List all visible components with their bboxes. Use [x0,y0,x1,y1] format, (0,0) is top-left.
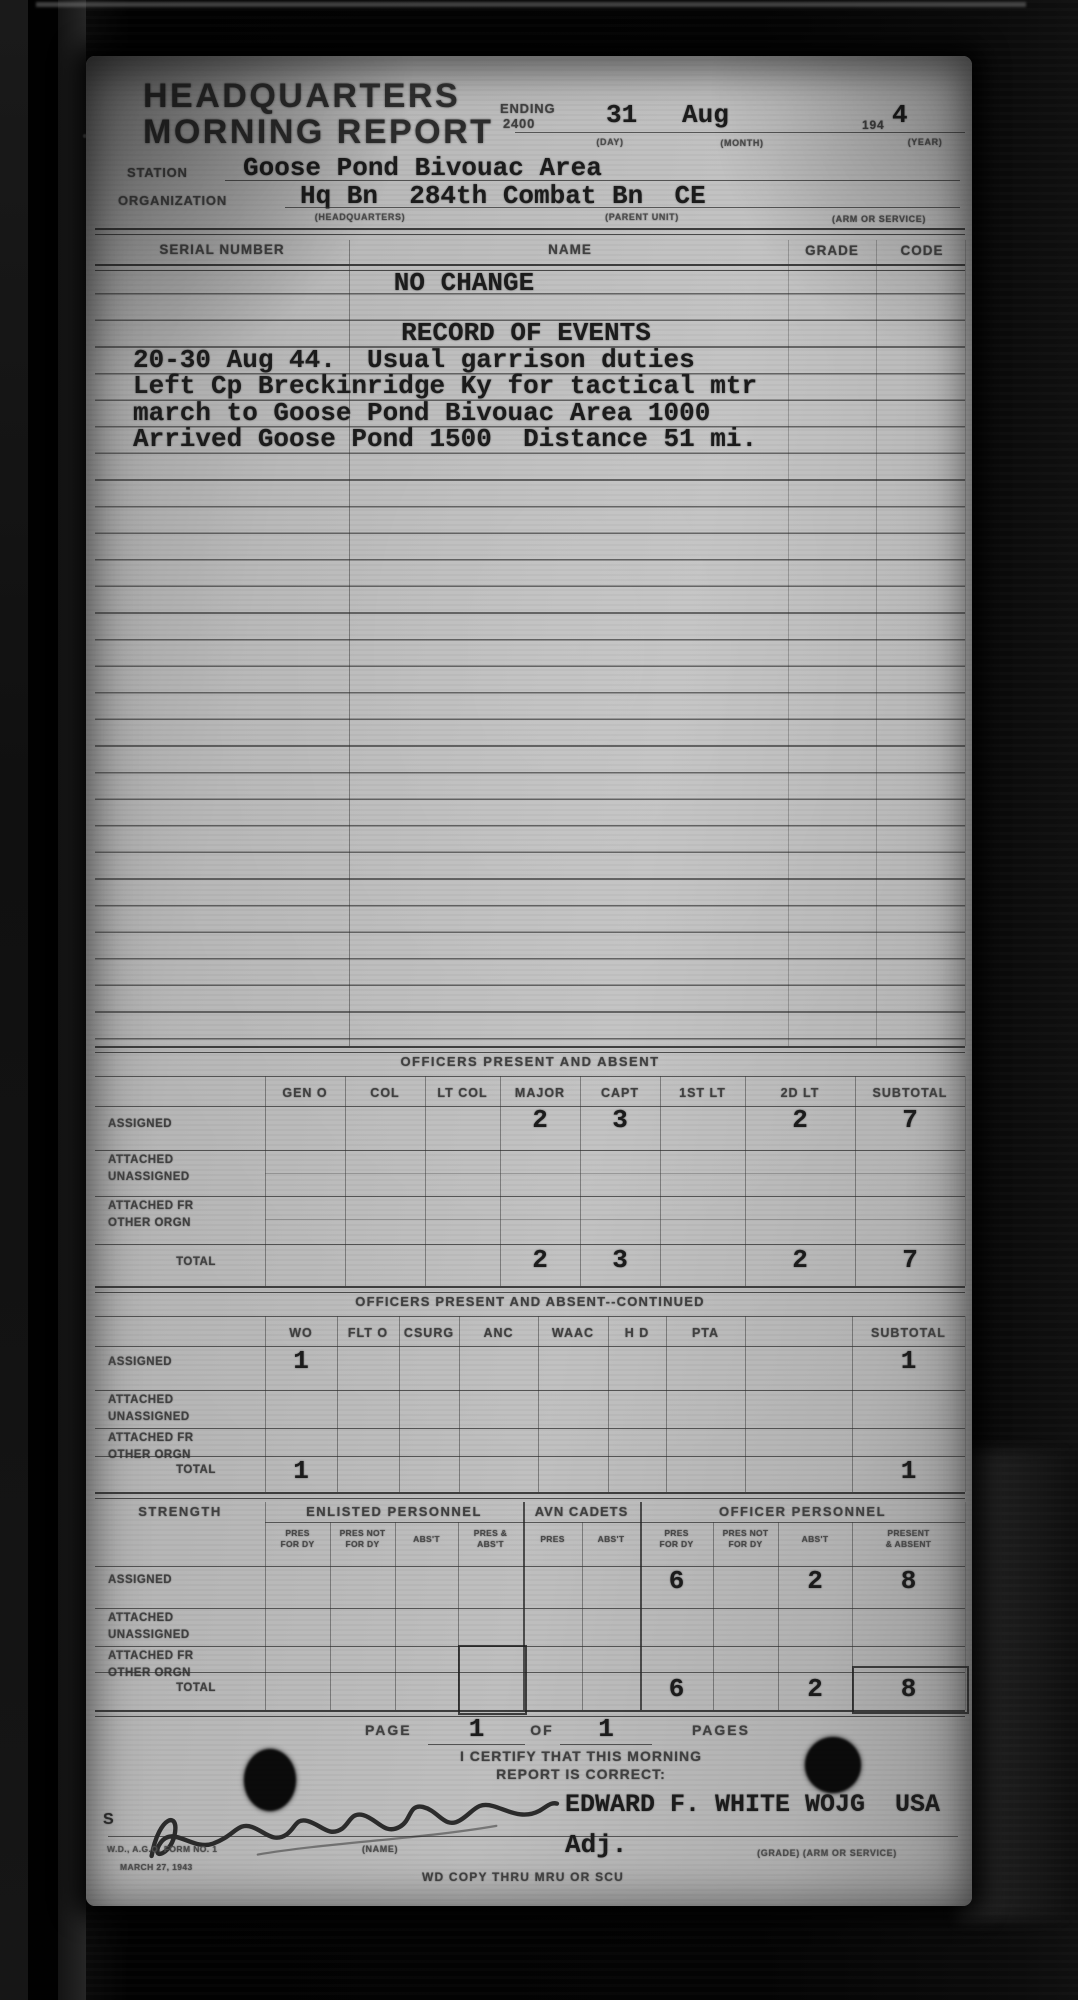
routing-note: WD COPY THRU MRU OR SCU [408,1870,638,1884]
col-capt: CAPT [580,1086,660,1101]
grid-vline [745,1316,746,1492]
page-label: PAGE [365,1722,412,1739]
event-line: Left Cp Breckinridge Ky for tactical mtr [133,373,757,400]
subcol-off-abst: ABS'T [778,1534,852,1545]
ending-label: ENDING [500,101,555,117]
film-top-sliver [36,2,1026,7]
grid-vline [337,1316,338,1492]
grid-hline [95,1428,965,1429]
row-attached-from: ATTACHED FR OTHER ORGN [108,1430,194,1465]
row-attached-from: ATTACHED FR OTHER ORGN [108,1648,194,1683]
grid-vline [666,1316,667,1492]
subcol-off-pres: PRES FOR DY [640,1528,713,1550]
month-caption: (MONTH) [712,138,772,149]
subcol-en-presabst: PRES & ABS'T [458,1528,523,1550]
grid-hline [95,1566,965,1567]
row-assigned: ASSIGNED [108,1116,172,1133]
microfilm-frame: HEADQUARTERS MORNING REPORT ENDING 2400 … [0,0,1078,2000]
grid-vline [608,1316,609,1492]
grid-hline [95,1196,965,1197]
grid-hline [95,1244,965,1245]
film-edge-inner [58,0,86,2000]
grid-hline [95,1646,965,1647]
record-of-events-title: RECORD OF EVENTS [366,320,686,347]
row-total: TOTAL [146,1462,246,1479]
col-hd: H D [608,1326,666,1341]
parent-unit-caption: (PARENT UNIT) [582,212,702,223]
col-anc: ANC [459,1326,538,1341]
col-csurg: CSURG [399,1326,459,1341]
year-underline [858,132,965,133]
day-value: 31 [606,102,637,129]
grid-vline [713,1522,714,1710]
signature [134,1771,569,1881]
month-value: Aug [682,102,729,129]
signed-label-fragment: S [103,1810,114,1829]
cell-assigned-capt: 3 [580,1107,660,1134]
name-caption: (NAME) [335,1844,425,1855]
subcol-avn-abst: ABS'T [582,1534,640,1545]
grid-vline [965,1316,966,1492]
form-date: MARCH 27, 1943 [120,1862,193,1872]
col-flt-o: FLT O [337,1326,399,1341]
section-avn-cadets: AVN CADETS [523,1504,640,1520]
of-label: OF [522,1722,562,1739]
ending-time: 2400 [503,116,535,132]
cell-assigned-major: 2 [500,1107,580,1134]
subcol-en-abst: ABS'T [395,1534,458,1545]
row-attached-unassigned: ATTACHED UNASSIGNED [108,1392,190,1427]
cell-assigned-subtotal2: 1 [852,1348,965,1375]
day-caption: (DAY) [580,137,640,148]
col-waac: WAAC [538,1326,608,1341]
cell-assigned-subtotal: 7 [855,1107,965,1134]
col-pta: PTA [666,1326,745,1341]
row-assigned: ASSIGNED [108,1354,172,1371]
grid-vline [965,240,966,1046]
subcol-en-presnot: PRES NOT FOR DY [330,1528,395,1550]
highlight-box-empty [458,1645,527,1715]
signature-line [108,1836,958,1837]
grid-vline [395,1522,396,1710]
rule-double [95,1286,965,1293]
grid-hline [265,1173,965,1174]
form-title-line1: HEADQUARTERS [143,76,460,117]
row-attached-from: ATTACHED FR OTHER ORGN [108,1198,194,1233]
cell-total-subtotal2: 1 [852,1458,965,1485]
event-line: Arrived Goose Pond 1500 Distance 51 mi. [133,426,757,453]
station-label: STATION [127,165,188,181]
pages-underline [560,1744,652,1745]
col-gen-o: GEN O [265,1086,345,1101]
hole-punch-right [805,1737,861,1793]
grid-hline [95,1076,965,1077]
subcol-avn-pres: PRES [523,1534,582,1545]
grid-vline [538,1316,539,1492]
cell-total-wo: 1 [265,1458,337,1485]
grid-hline [95,1316,965,1317]
film-edge-left [0,0,28,2000]
grade-arm-caption: (GRADE) (ARM OR SERVICE) [727,1848,927,1859]
code-header: CODE [882,243,962,259]
row-total: TOTAL [146,1680,246,1697]
col-1st-lt: 1ST LT [660,1086,745,1101]
year-caption: (YEAR) [895,137,955,148]
year-typed: 4 [892,102,908,129]
cell-str-assigned-total: 8 [852,1568,965,1595]
grid-hline [265,1522,965,1523]
col-col: COL [345,1086,425,1101]
rule-double [95,1492,965,1499]
arm-service-caption: (ARM OR SERVICE) [814,214,944,225]
row-attached-unassigned: ATTACHED UNASSIGNED [108,1610,190,1645]
row-attached-unassigned: ATTACHED UNASSIGNED [108,1152,190,1187]
col-2d-lt: 2D LT [745,1086,855,1101]
subcol-en-pres: PRES FOR DY [265,1528,330,1550]
officers-table-title: OFFICERS PRESENT AND ABSENT [95,1054,965,1070]
officers-continued-title: OFFICERS PRESENT AND ABSENT--CONTINUED [95,1294,965,1310]
form-number: W.D., A.G.O. FORM NO. 1 [107,1844,217,1854]
scan-light-leak [958,1450,1073,1920]
grid-hline [95,1390,965,1391]
year-printed: 194 [862,118,884,132]
col-major: MAJOR [500,1086,580,1101]
grid-hline [95,1456,965,1457]
row-assigned: ASSIGNED [108,1572,172,1589]
row-total: TOTAL [146,1254,246,1271]
pages-value: 1 [560,1716,652,1743]
headquarters-caption: (HEADQUARTERS) [300,212,420,223]
col-wo: WO [265,1326,337,1341]
grid-vline [345,1076,346,1286]
film-black-strip [28,0,58,2000]
cell-assigned-2dlt: 2 [745,1107,855,1134]
col-subtotal: SUBTOTAL [855,1086,965,1101]
morning-report-document: HEADQUARTERS MORNING REPORT ENDING 2400 … [86,56,972,1906]
form-title-line2: MORNING REPORT [143,112,493,153]
date-underline [515,132,858,133]
rule-double [95,1710,965,1717]
page-underline [428,1744,525,1745]
cell-total-2dlt: 2 [745,1247,855,1274]
col-lt-col: LT COL [425,1086,500,1101]
highlight-box-total [852,1666,969,1714]
cell-str-total-abst: 2 [778,1676,852,1703]
grid-vline [399,1316,400,1492]
section-officer: OFFICER PERSONNEL [640,1504,965,1520]
grid-vline [425,1076,426,1286]
roster-entry: NO CHANGE [374,270,554,297]
station-value: Goose Pond Bivouac Area [243,155,602,182]
certify-line1: I CERTIFY THAT THIS MORNING [341,1748,821,1765]
certify-line2: REPORT IS CORRECT: [341,1766,821,1783]
page-value: 1 [428,1716,525,1743]
cell-assigned-wo: 1 [265,1348,337,1375]
rule-double [95,228,965,235]
cell-str-total-pres: 6 [640,1676,713,1703]
grid-vline [265,1076,266,1286]
grid-vline [265,1502,266,1710]
typed-officer-title: Adj. [565,1832,627,1859]
grid-hline [95,1672,965,1673]
grade-header: GRADE [792,243,872,259]
grid-vline [582,1522,583,1710]
section-enlisted: ENLISTED PERSONNEL [265,1504,523,1520]
col-subtotal2: SUBTOTAL [852,1326,965,1341]
serial-number-header: SERIAL NUMBER [136,242,308,258]
cell-total-capt: 3 [580,1247,660,1274]
cell-total-subtotal: 7 [855,1247,965,1274]
organization-underline [285,207,960,208]
grid-hline [95,1346,965,1347]
organization-label: ORGANIZATION [118,193,227,209]
rule-double [95,1046,965,1053]
strength-header: STRENGTH [95,1504,265,1520]
grid-vline [660,1076,661,1286]
cell-total-major: 2 [500,1247,580,1274]
grid-vline [965,1076,966,1286]
grid-vline [459,1316,460,1492]
typed-officer-name: EDWARD F. WHITE WOJG USA [565,1792,940,1818]
grid-vline [330,1522,331,1710]
name-header: NAME [490,242,650,258]
grid-hline [95,1150,965,1151]
cell-str-assigned-abst: 2 [778,1568,852,1595]
subcol-off-presabsent: PRESENT & ABSENT [852,1528,965,1550]
pages-label: PAGES [692,1722,750,1739]
subcol-off-presnot: PRES NOT FOR DY [713,1528,778,1550]
grid-hline [265,1219,965,1220]
grid-hline [95,1608,965,1609]
cell-str-assigned-pres: 6 [640,1568,713,1595]
